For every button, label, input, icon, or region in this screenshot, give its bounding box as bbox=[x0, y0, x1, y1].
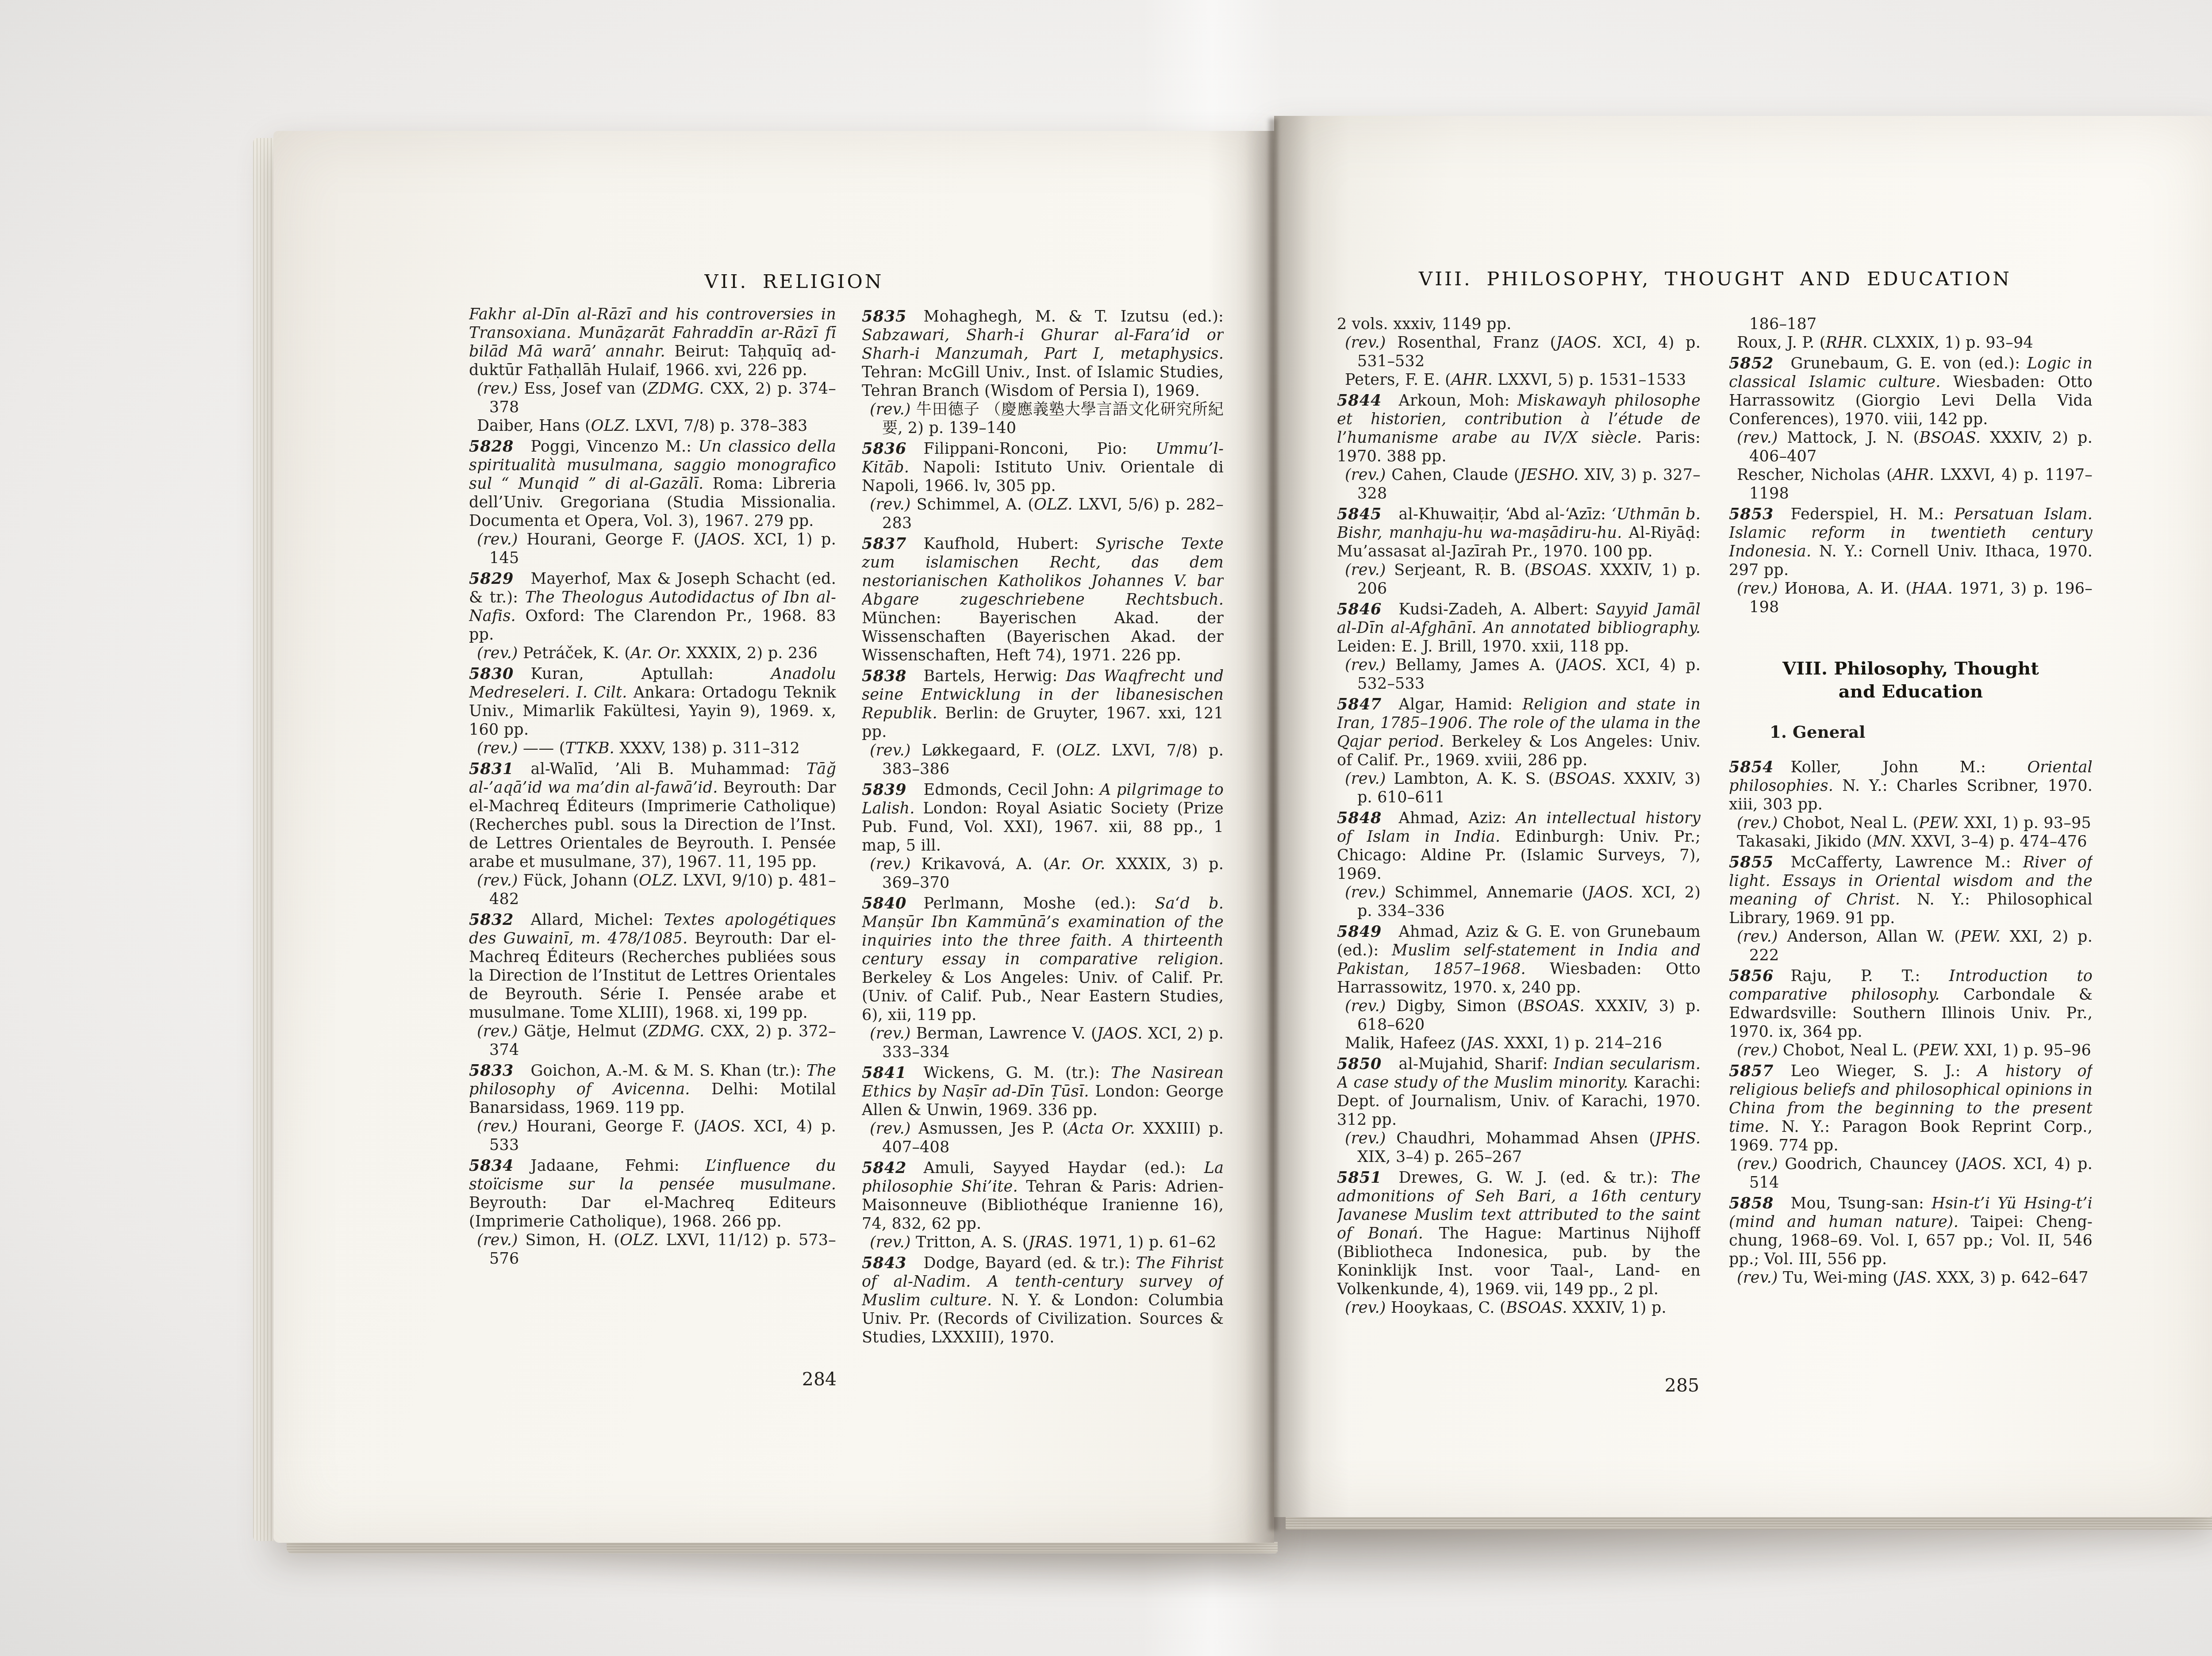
entry-number: 5839 bbox=[862, 781, 906, 799]
review-line: (rev.) Chobot, Neal L. (PEW. XXI, 1) p. … bbox=[1729, 814, 2093, 832]
bib-entry: 5840Perlmann, Moshe (ed.): Sa‘d b. Manṣū… bbox=[862, 894, 1224, 1024]
review-line: (rev.) Mattock, J. N. (BSOAS. XXXIV, 2) … bbox=[1729, 429, 2093, 466]
review-line: (rev.) Berman, Lawrence V. (JAOS. XCI, 2… bbox=[862, 1024, 1224, 1062]
entry-number: 5844 bbox=[1337, 391, 1382, 410]
entry-number: 5849 bbox=[1337, 923, 1382, 941]
entry-number: 5858 bbox=[1729, 1194, 1774, 1212]
review-line: (rev.) 牛田德子 （慶應義塾大學言語文化研究所紀要, 2) p. 139–… bbox=[862, 400, 1224, 437]
bib-entry: 5841Wickens, G. M. (tr.): The Nasirean E… bbox=[862, 1064, 1224, 1119]
review-line: (rev.) Hourani, George F. (JAOS. XCI, 1)… bbox=[469, 530, 836, 567]
review-line: (rev.) Asmussen, Jes P. (Acta Or. XXXIII… bbox=[862, 1119, 1224, 1157]
review-line: Takasaki, Jikido (MN. XXVI, 3–4) p. 474–… bbox=[1729, 832, 2093, 851]
review-line: (rev.) Tritton, A. S. (JRAS. 1971, 1) p.… bbox=[862, 1233, 1224, 1252]
left-running-header: VII. RELIGION bbox=[705, 271, 884, 293]
book-spine-gutter bbox=[1269, 119, 1278, 1530]
review-line: (rev.) Lambton, A. K. S. (BSOAS. XXXIV, … bbox=[1337, 770, 1701, 807]
entry-number: 5838 bbox=[862, 667, 906, 685]
entry-number: 5829 bbox=[469, 570, 514, 588]
bib-entry: 5851Drewes, G. W. J. (ed. & tr.): The ad… bbox=[1337, 1169, 1701, 1299]
entry-number: 5856 bbox=[1729, 967, 1774, 985]
entry-number: 5843 bbox=[862, 1254, 906, 1272]
review-line: (rev.) Løkkegaard, F. (OLZ. LXVI, 7/8) p… bbox=[862, 741, 1224, 778]
bib-entry: 5847Algar, Hamid: Religion and state in … bbox=[1337, 695, 1701, 770]
entry-number: 5832 bbox=[469, 911, 514, 929]
bib-entry: 5835Mohaghegh, M. & T. Izutsu (ed.): Sab… bbox=[862, 307, 1224, 400]
left-column-1: Fakhr al-Dīn al-Rāzī and his controversi… bbox=[469, 305, 836, 1353]
left-page-number: 284 bbox=[802, 1368, 837, 1390]
bib-entry: 5857Leo Wieger, S. J.: A history of reli… bbox=[1729, 1062, 2093, 1155]
bib-entry: 5829Mayerhof, Max & Joseph Schacht (ed. … bbox=[469, 570, 836, 644]
review-line: (rev.) Simon, H. (OLZ. LXVI, 11/12) p. 5… bbox=[469, 1231, 836, 1268]
review-line: (rev.) Krikavová, A. (Ar. Or. XXXIX, 3) … bbox=[862, 855, 1224, 892]
bib-entry: 5853Federspiel, H. M.: Persatuan Islam. … bbox=[1729, 505, 2093, 579]
entry-number: 5852 bbox=[1729, 354, 1774, 372]
review-line: (rev.) Schimmel, A. (OLZ. LXVI, 5/6) p. … bbox=[862, 495, 1224, 533]
entry-number: 5841 bbox=[862, 1064, 906, 1082]
bib-entry: 5843Dodge, Bayard (ed. & tr.): The Fihri… bbox=[862, 1254, 1224, 1347]
right-page-number: 285 bbox=[1665, 1375, 1699, 1396]
bib-entry: 5838Bartels, Herwig: Das Waqfrecht und s… bbox=[862, 667, 1224, 741]
entry-number: 5845 bbox=[1337, 505, 1382, 523]
bib-entry: 5831al-Walīd, ’Ali B. Muhammad: Tāğ al-’… bbox=[469, 760, 836, 871]
review-line: (rev.) Gätje, Helmut (ZDMG. CXX, 2) p. 3… bbox=[469, 1022, 836, 1059]
review-line: (rev.) Tu, Wei-ming (JAS. XXX, 3) p. 642… bbox=[1729, 1269, 2093, 1287]
entry-number: 5831 bbox=[469, 760, 514, 778]
right-column-1: 2 vols. xxxiv, 1149 pp.(rev.) Rosenthal,… bbox=[1337, 315, 1701, 1372]
review-line: (rev.) Fück, Johann (OLZ. LXVI, 9/10) p.… bbox=[469, 871, 836, 908]
bib-entry: 5830Kuran, Aptullah: Anadolu Medreseleri… bbox=[469, 665, 836, 739]
review-line: (rev.) Serjeant, R. B. (BSOAS. XXXIV, 1)… bbox=[1337, 561, 1701, 598]
entry-continuation: Fakhr al-Dīn al-Rāzī and his controversi… bbox=[469, 305, 836, 379]
review-line: (rev.) Chobot, Neal L. (PEW. XXI, 1) p. … bbox=[1729, 1041, 2093, 1060]
bib-entry: 5842Amuli, Sayyed Haydar (ed.): La philo… bbox=[862, 1159, 1224, 1233]
entry-number: 5835 bbox=[862, 307, 906, 326]
review-line: (rev.) Rosenthal, Franz (JAOS. XCI, 4) p… bbox=[1337, 333, 1701, 371]
bib-entry: 5839Edmonds, Cecil John: A pilgrimage to… bbox=[862, 781, 1224, 855]
review-line: (rev.) Ess, Josef van (ZDMG. CXX, 2) p. … bbox=[469, 379, 836, 417]
entry-number: 5855 bbox=[1729, 853, 1774, 871]
bib-entry: 5848Ahmad, Aziz: An intellectual history… bbox=[1337, 809, 1701, 883]
entry-number: 5850 bbox=[1337, 1055, 1382, 1073]
entry-number: 5848 bbox=[1337, 809, 1382, 827]
bib-entry: 5855McCafferty, Lawrence M.: River of li… bbox=[1729, 853, 2093, 928]
review-line: Daiber, Hans (OLZ. LXVI, 7/8) p. 378–383 bbox=[469, 417, 836, 435]
review-line: (rev.) Anderson, Allan W. (PEW. XXI, 2) … bbox=[1729, 928, 2093, 965]
entry-number: 5847 bbox=[1337, 695, 1382, 713]
bib-entry: 5836Filippani-Ronconi, Pio: Ummu’l-Kitāb… bbox=[862, 440, 1224, 495]
bib-entry: 5837Kaufhold, Hubert: Syrische Texte zum… bbox=[862, 535, 1224, 665]
bib-entry: 5845al-Khuwaiṭir, ‘Abd al-‘Azīz: ‘Uthmān… bbox=[1337, 505, 1701, 561]
entry-number: 5828 bbox=[469, 437, 514, 456]
review-line: (rev.) Hooykaas, C. (BSOAS. XXXIV, 1) p. bbox=[1337, 1299, 1701, 1317]
bib-entry: 5834Jadaane, Fehmi: L’influence du stoïc… bbox=[469, 1157, 836, 1231]
review-line: (rev.) Hourani, George F. (JAOS. XCI, 4)… bbox=[469, 1117, 836, 1154]
entry-number: 5836 bbox=[862, 440, 906, 458]
entry-number: 5840 bbox=[862, 894, 906, 912]
review-line: Peters, F. E. (AHR. LXXVI, 5) p. 1531–15… bbox=[1337, 371, 1701, 389]
bib-entry: 5846Kudsi-Zadeh, A. Albert: Sayyid Jamāl… bbox=[1337, 600, 1701, 656]
entry-continuation: 2 vols. xxxiv, 1149 pp. bbox=[1337, 315, 1701, 333]
review-line: Roux, J. P. (RHR. CLXXIX, 1) p. 93–94 bbox=[1729, 333, 2093, 352]
entry-number: 5853 bbox=[1729, 505, 1774, 523]
entry-number: 5830 bbox=[469, 665, 514, 683]
entry-number: 5833 bbox=[469, 1062, 514, 1080]
right-bottom-edge-stack bbox=[1286, 1516, 2212, 1529]
bib-entry: 5856Raju, P. T.: Introduction to compara… bbox=[1729, 967, 2093, 1041]
right-column-2: 186–187Roux, J. P. (RHR. CLXXIX, 1) p. 9… bbox=[1729, 315, 2093, 1376]
review-line: (rev.) Cahen, Claude (JESHO. XIV, 3) p. … bbox=[1337, 466, 1701, 503]
right-running-header: VIII. PHILOSOPHY, THOUGHT AND EDUCATION bbox=[1419, 268, 2012, 290]
bib-entry: 5852Grunebaum, G. E. von (ed.): Logic in… bbox=[1729, 354, 2093, 429]
bib-entry: 5828Poggi, Vincenzo M.: Un classico dell… bbox=[469, 437, 836, 530]
review-continuation: 186–187 bbox=[1729, 315, 2093, 333]
entry-number: 5857 bbox=[1729, 1062, 1774, 1080]
left-page-edge-stack bbox=[253, 138, 274, 1541]
left-column-2: 5835Mohaghegh, M. & T. Izutsu (ed.): Sab… bbox=[862, 305, 1224, 1353]
review-line: Malik, Hafeez (JAS. XXXI, 1) p. 214–216 bbox=[1337, 1034, 1701, 1053]
bib-entry: 5833Goichon, A.-M. & M. S. Khan (tr.): T… bbox=[469, 1062, 836, 1117]
entry-number: 5846 bbox=[1337, 600, 1382, 618]
review-line: (rev.) —— (TTKB. XXXV, 138) p. 311–312 bbox=[469, 739, 836, 758]
review-line: Rescher, Nicholas (AHR. LXXVI, 4) p. 119… bbox=[1729, 466, 2093, 503]
review-line: (rev.) Petráček, K. (Ar. Or. XXXIX, 2) p… bbox=[469, 644, 836, 663]
section-heading: VIII. Philosophy, Thoughtand Education bbox=[1729, 657, 2093, 703]
bib-entry: 5858Mou, Tsung-san: Hsin-t’i Yü Hsing-t’… bbox=[1729, 1194, 2093, 1269]
entry-number: 5854 bbox=[1729, 758, 1774, 776]
review-line: (rev.) Digby, Simon (BSOAS. XXXIV, 3) p.… bbox=[1337, 997, 1701, 1034]
bib-entry: 5849Ahmad, Aziz & G. E. von Grunebaum (e… bbox=[1337, 923, 1701, 997]
review-line: (rev.) Chaudhri, Mohammad Ahsen (JPHS. X… bbox=[1337, 1129, 1701, 1166]
subsection-heading: 1. General bbox=[1729, 723, 2093, 741]
left-bottom-edge-stack bbox=[287, 1542, 1278, 1553]
entry-number: 5837 bbox=[862, 535, 906, 553]
bib-entry: 5844Arkoun, Moh: Miskawayh philosophe et… bbox=[1337, 391, 1701, 466]
bib-entry: 5850al-Mujahid, Sharif: Indian secularis… bbox=[1337, 1055, 1701, 1129]
bib-entry: 5832Allard, Michel: Textes apologétiques… bbox=[469, 911, 836, 1022]
review-line: (rev.) Bellamy, James A. (JAOS. XCI, 4) … bbox=[1337, 656, 1701, 693]
entry-number: 5851 bbox=[1337, 1169, 1382, 1187]
bib-entry: 5854Koller, John M.: Oriental philosophi… bbox=[1729, 758, 2093, 814]
review-line: (rev.) Ионова, А. И. (HAA. 1971, 3) p. 1… bbox=[1729, 579, 2093, 617]
entry-number: 5834 bbox=[469, 1157, 514, 1175]
entry-number: 5842 bbox=[862, 1159, 906, 1177]
review-line: (rev.) Goodrich, Chauncey (JAOS. XCI, 4)… bbox=[1729, 1155, 2093, 1192]
review-line: (rev.) Schimmel, Annemarie (JAOS. XCI, 2… bbox=[1337, 883, 1701, 920]
